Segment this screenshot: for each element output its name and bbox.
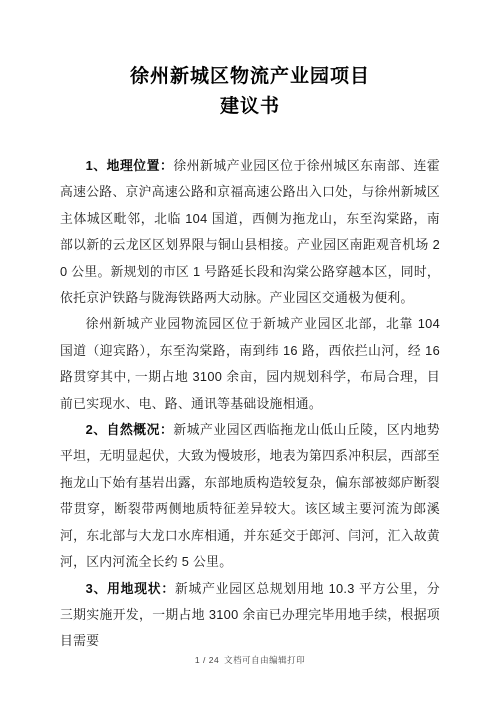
para-natural-overview-text: 新城产业园区西临拖龙山低山丘陵，区内地势平坦，无明显起伏，大致为慢坡形，地表为第… (60, 422, 440, 569)
page-footer: 1 / 24 文档可自由编辑打印 (0, 654, 500, 666)
para-logistics-park: 徐州新城产业园物流园区位于新城产业园区北部，北靠 104 国道（迎宾路），东至沟… (60, 311, 440, 417)
para-natural-overview-lead: 2、自然概况： (86, 422, 174, 437)
para-geographic-location-text: 徐州新城产业园区位于徐州城区东南部、连霍高速公路、京沪高速公路和京福高速公路出入… (60, 158, 440, 305)
document-page: 徐州新城区物流产业园项目 建议书 1、地理位置：徐州新城产业园区位于徐州城区东南… (0, 0, 500, 708)
para-geographic-location-lead: 1、地理位置： (86, 158, 174, 173)
document-title-line1: 徐州新城区物流产业园项目 (60, 62, 440, 92)
para-land-use-status: 3、用地现状：新城产业园区总规划用地 10.3 平方公里，分三期实施开发，一期占… (60, 576, 440, 655)
document-body: 1、地理位置：徐州新城产业园区位于徐州城区东南部、连霍高速公路、京沪高速公路和京… (60, 153, 440, 655)
footer-note: 文档可自由编辑打印 (224, 655, 305, 665)
page-number: 1 / 24 (195, 655, 219, 665)
document-title-line2: 建议书 (60, 92, 440, 122)
para-land-use-status-lead: 3、用地现状： (86, 581, 175, 596)
para-geographic-location: 1、地理位置：徐州新城产业园区位于徐州城区东南部、连霍高速公路、京沪高速公路和京… (60, 153, 440, 311)
document-title: 徐州新城区物流产业园项目 建议书 (60, 62, 440, 122)
para-natural-overview: 2、自然概况：新城产业园区西临拖龙山低山丘陵，区内地势平坦，无明显起伏，大致为慢… (60, 417, 440, 575)
para-logistics-park-text: 徐州新城产业园物流园区位于新城产业园区北部，北靠 104 国道（迎宾路），东至沟… (60, 316, 440, 410)
